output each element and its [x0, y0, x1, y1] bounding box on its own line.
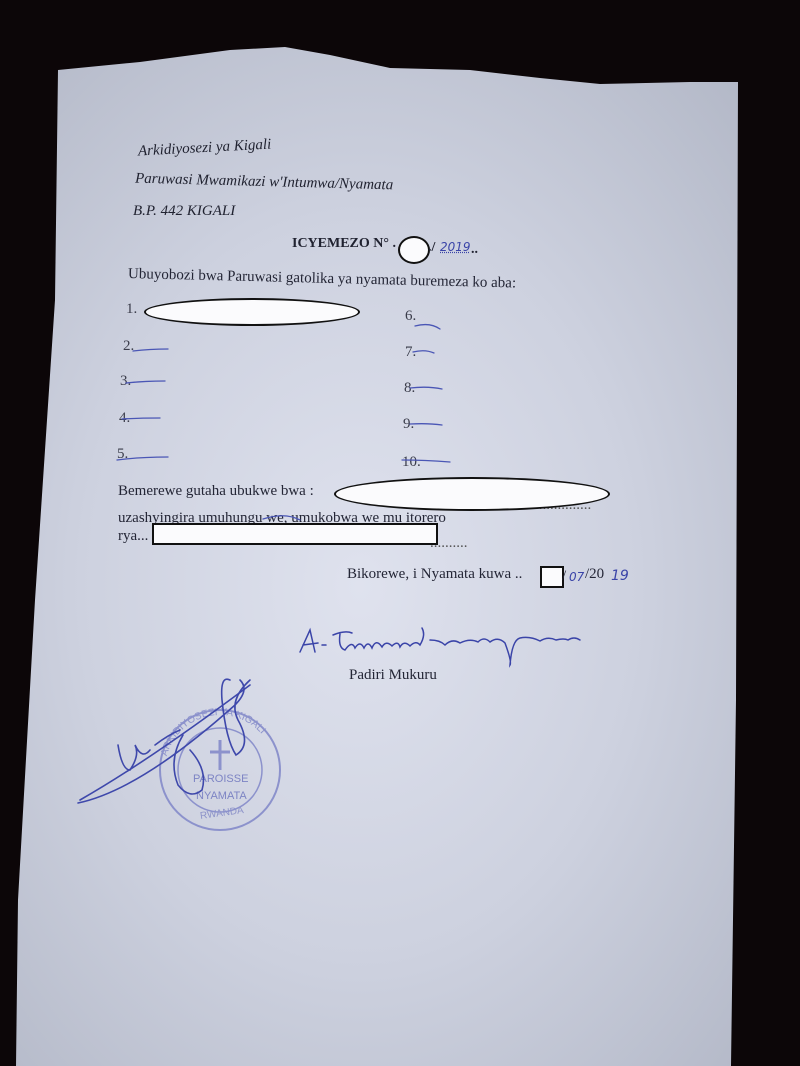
stamp-center-line1: PAROISSE	[193, 773, 248, 785]
list-number: 2.	[123, 338, 134, 355]
redacted-number	[398, 236, 430, 264]
date-label: Bikorewe, i Nyamata kuwa ..	[347, 566, 522, 583]
date-separator: /	[562, 568, 566, 585]
title-separator: ./	[428, 240, 435, 256]
header-po-box: B.P. 442 KIGALI	[133, 203, 235, 220]
list-number: 3.	[120, 373, 131, 390]
list-number: 9.	[403, 416, 414, 433]
list-number: 1.	[126, 301, 137, 318]
list-number: 6.	[405, 308, 416, 325]
date-month: 07	[569, 570, 584, 584]
list-number: 7.	[405, 344, 416, 361]
date-year: 19	[611, 568, 629, 584]
title-year: 2019	[440, 240, 471, 254]
signer-title: Padiri Mukuru	[349, 667, 437, 684]
redacted-church	[152, 523, 438, 545]
rya-label: rya...	[118, 528, 148, 545]
list-number: 5.	[117, 446, 128, 463]
list-number: 8.	[404, 380, 415, 397]
permission-label: Bemerewe gutaha ubukwe bwa :	[118, 483, 314, 500]
rya-dots: ..........	[430, 535, 468, 552]
certificate-title: ICYEMEZO N° .	[292, 236, 396, 252]
redacted-name	[144, 298, 360, 326]
title-trail: ..	[471, 242, 478, 258]
redacted-day	[540, 566, 564, 588]
list-number: 10.	[402, 454, 421, 471]
redacted-couple	[334, 477, 610, 511]
stamp-center-line2: NYAMATA	[196, 790, 247, 802]
list-number: 4.	[119, 410, 130, 427]
date-year-prefix: /20	[585, 566, 604, 583]
